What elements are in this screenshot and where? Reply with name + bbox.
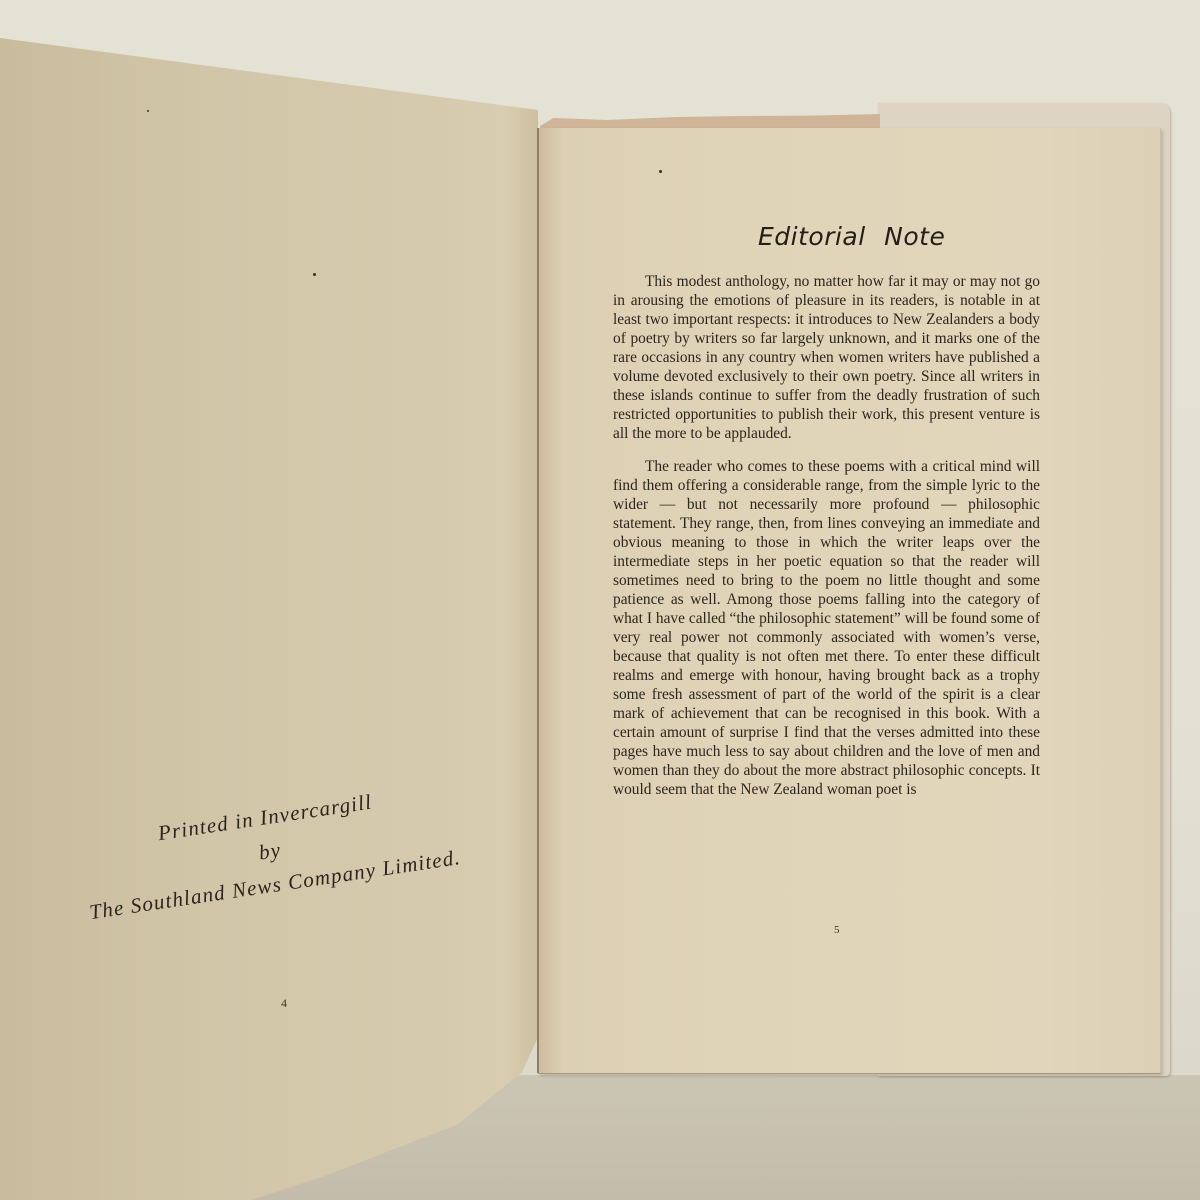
page-number-right: 5 <box>834 924 840 936</box>
paragraph: The reader who comes to these poems with… <box>613 457 1040 799</box>
body-text: This modest anthology, no matter how far… <box>613 272 1040 813</box>
paper-speck <box>659 170 662 173</box>
paper-speck <box>147 110 149 112</box>
left-page <box>0 38 538 1200</box>
paper-speck <box>313 273 316 276</box>
page-number-left: 4 <box>281 996 287 1011</box>
page-title: Editorial Note <box>758 222 945 251</box>
book-gutter <box>537 128 539 1073</box>
paragraph: This modest anthology, no matter how far… <box>613 272 1040 443</box>
